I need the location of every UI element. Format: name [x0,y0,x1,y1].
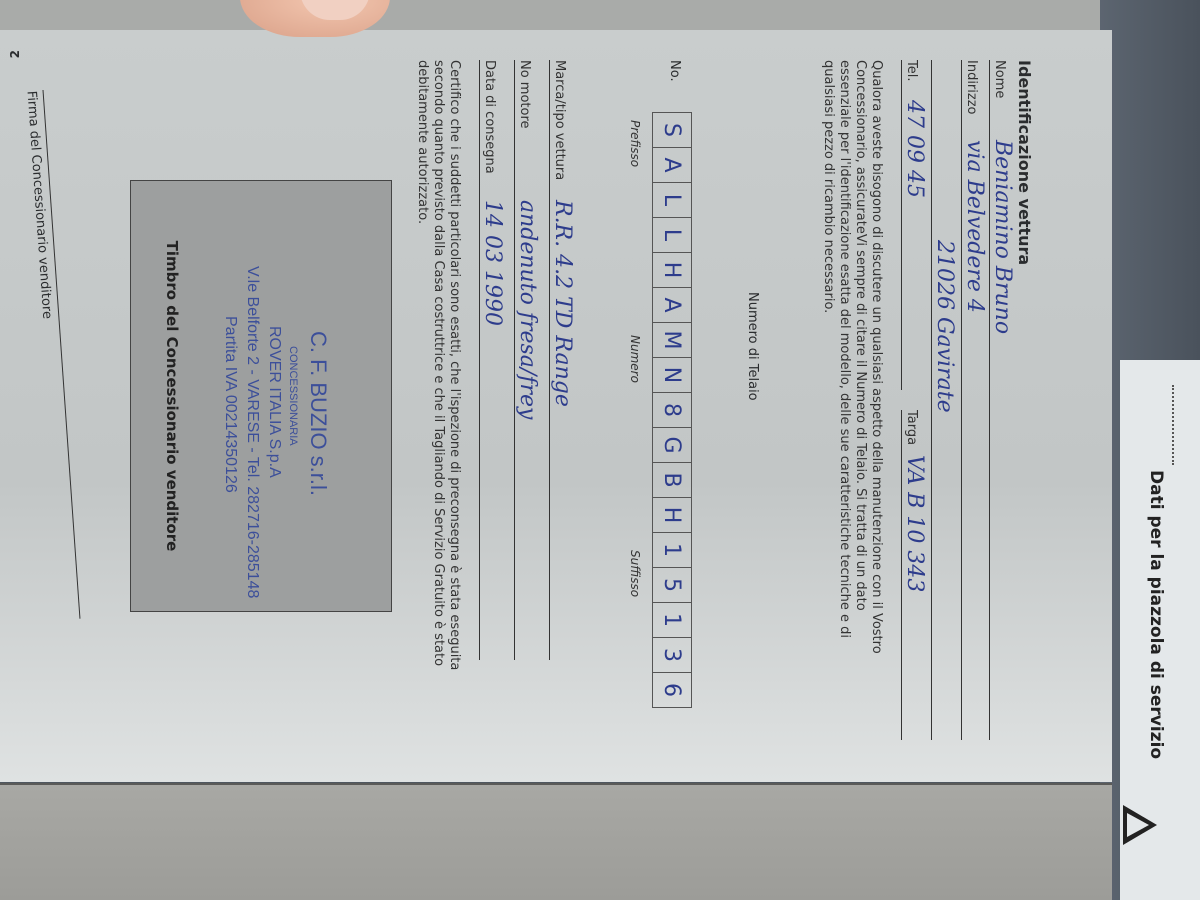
telaio-cell[interactable]: N [653,358,691,393]
stamp-company: C. F. BUZIO s.r.l. [305,331,331,496]
indirizzo-label: Indirizzo [964,60,979,115]
consegna-label: Data di consegna [482,60,497,174]
certification-paragraph: Certifico che i suddetti particolari son… [414,60,462,680]
field-indirizzo-2[interactable]: 21026 Gavirate [931,60,954,740]
targa-label: Targa [904,410,919,445]
telaio-cell[interactable]: 8 [653,393,691,428]
field-nome[interactable]: Nome Beniamino Bruno [989,60,1012,740]
telaio-cell[interactable]: H [653,253,691,288]
booklet-cover-top [0,0,1100,32]
numero-label: Numero [628,335,642,383]
stamp-line-3: V.le Belforte 2 - VARESE - Tel. 282716-2… [243,266,261,598]
tel-label: Tel. [904,60,919,81]
field-targa[interactable]: Targa VA B 10 343 [901,410,924,740]
telaio-title: Numero di Telaio [745,292,760,401]
field-consegna[interactable]: Data di consegna 14 03 1990 [479,60,502,660]
field-tel[interactable]: Tel. 47 09 45 [901,60,924,390]
indirizzo-value-1: via Belvedere 4 [962,140,987,313]
field-indirizzo[interactable]: Indirizzo via Belvedere 4 [961,60,984,740]
notice-paragraph: Qualora aveste bisogono di discutere un … [820,60,884,680]
telaio-cell[interactable]: G [653,428,691,463]
telaio-no-label: No. [667,60,682,82]
telaio-cell[interactable]: 6 [653,673,691,707]
section-title: Identificazione vettura [1015,60,1034,265]
dotted-leader [1172,385,1176,465]
indirizzo-value-2: 21026 Gavirate [932,240,957,413]
telaio-cell[interactable]: 1 [653,603,691,638]
consegna-value: 14 03 1990 [480,200,505,326]
telaio-cell[interactable]: L [653,218,691,253]
dealer-stamp-box: C. F. BUZIO s.r.l. CONCESSIONARIA ROVER … [130,180,392,612]
marca-label: Marca/tipo vettura [552,60,567,180]
suffisso-label: Suffisso [628,550,642,597]
telaio-cell[interactable]: 1 [653,533,691,568]
signature-line[interactable]: Firma del Concessionario venditore [24,90,81,620]
field-marca[interactable]: Marca/tipo vettura R.R. 4.2 TD Range [549,60,572,660]
nome-label: Nome [992,60,1007,98]
marca-value: R.R. 4.2 TD Range [550,200,575,407]
stamp-caption: Timbro del Concessionario venditore [163,181,181,611]
telaio-grid[interactable]: SALLHAMN8GBH15136 [652,112,692,708]
field-motore[interactable]: No motore andenuto fresa/frey [514,60,537,660]
stamp-line-2: ROVER ITALIA S.p.A [265,326,283,478]
motore-value: andenuto fresa/frey [515,200,540,419]
targa-value: VA B 10 343 [902,455,927,592]
next-page-title: Dati per la piazzola di servizio [1146,470,1166,759]
motore-label: No motore [517,60,532,129]
telaio-cell[interactable]: 5 [653,568,691,603]
telaio-cell[interactable]: A [653,148,691,183]
telaio-cell[interactable]: M [653,323,691,358]
telaio-cell[interactable]: A [653,288,691,323]
tel-value: 47 09 45 [902,100,927,198]
prefisso-label: Prefisso [628,120,642,167]
telaio-cell[interactable]: H [653,498,691,533]
page-number: 2 [8,50,22,58]
telaio-cell[interactable]: L [653,183,691,218]
telaio-cell[interactable]: 3 [653,638,691,673]
telaio-cell[interactable]: B [653,463,691,498]
stamp-line-4: Partita IVA 00214350126 [221,316,239,493]
stamp-line-1: CONCESSIONARIA [287,346,299,446]
booklet-page: Identificazione vettura Nome Beniamino B… [0,30,1112,782]
telaio-cell[interactable]: S [653,113,691,148]
triangle-icon-inner [1127,813,1149,837]
signature-label: Firma del Concessionario venditore [24,90,55,319]
booklet-cover-bottom [0,783,1112,900]
nome-value: Beniamino Bruno [990,140,1015,334]
